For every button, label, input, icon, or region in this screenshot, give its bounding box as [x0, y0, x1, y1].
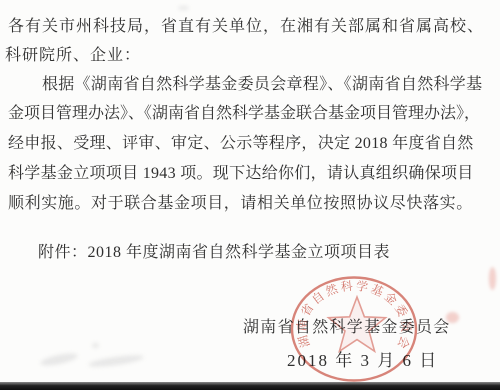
salutation-line-1: 各有关市州科技局，省直有关单位，在湘有关部属和省属高校、 [8, 18, 484, 36]
scanned-notice-page: 各有关市州科技局，省直有关单位，在湘有关部属和省属高校、 科研院所、企业： 根据… [0, 0, 500, 390]
scan-smudge [39, 351, 78, 368]
signature-date: 2018 年 3 月 6 日 [287, 352, 438, 370]
body-line-3: 经申报、受理、评审、审定、公示等程序，决定 2018 年度省自然 [8, 135, 474, 153]
attachment-line: 附件：2018 年度湖南省自然科学基金立项项目表 [38, 244, 390, 262]
seal-arc-text-container: 湖南省自然科学基金委员会 [293, 278, 413, 353]
body-line-5: 顺利实施。对于联合基金项目，请相关单位按照协议尽快落实。 [8, 195, 473, 213]
seal-arc-text: 湖南省自然科学基金委员会 [293, 278, 413, 353]
body-line-4: 科学基金立项项目 1943 项。现下达给你们，请认真组织确保项目 [8, 165, 474, 183]
signature-organization: 湖南省自然科学基金委员会 [243, 319, 451, 337]
salutation-line-2: 科研院所、企业： [5, 47, 141, 65]
red-ink-smudge [489, 267, 496, 290]
scan-smudge [88, 353, 145, 369]
body-line-2: 金项目管理办法》、《湖南省自然科学基金联合基金项目管理办法》， [8, 105, 480, 123]
scan-smudge [178, 6, 189, 10]
body-line-1: 根据《湖南省自然科学基金委员会章程》、《湖南省自然科学基 [42, 76, 482, 94]
scan-edge-bar [0, 382, 500, 390]
scan-smudge [92, 343, 99, 348]
red-ink-smudge [446, 312, 459, 323]
